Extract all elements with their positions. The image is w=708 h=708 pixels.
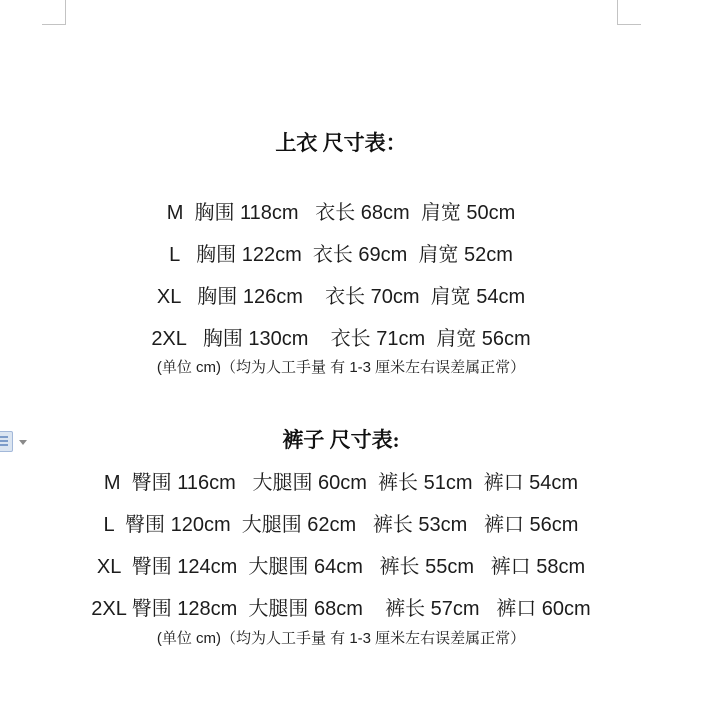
shirt-size-chart-title: 上衣 尺寸表： — [0, 131, 682, 155]
pants-size-row-l: L 臀围 120cm 大腿围 62cm 裤长 53cm 裤口 56cm — [0, 513, 682, 537]
pants-unit-note: (单位 cm)（均为人工手量 有 1-3 厘米左右误差属正常） — [0, 627, 682, 651]
pants-size-row-2xl: 2XL 臀围 128cm 大腿围 68cm 裤长 57cm 裤口 60cm — [0, 597, 682, 621]
shirt-unit-note: (单位 cm)（均为人工手量 有 1-3 厘米左右误差属正常） — [0, 356, 682, 380]
shirt-size-row-l: L 胸围 122cm 衣长 69cm 肩宽 52cm — [0, 243, 682, 267]
document-page: 上衣 尺寸表： M 胸围 118cm 衣长 68cm 肩宽 50cm L 胸围 … — [0, 0, 682, 708]
pants-size-row-xl: XL 臀围 124cm 大腿围 64cm 裤长 55cm 裤口 58cm — [0, 555, 682, 579]
shirt-size-row-m: M 胸围 118cm 衣长 68cm 肩宽 50cm — [0, 201, 682, 225]
shirt-size-row-2xl: 2XL 胸围 130cm 衣长 71cm 肩宽 56cm — [0, 327, 682, 351]
shirt-size-row-xl: XL 胸围 126cm 衣长 70cm 肩宽 54cm — [0, 285, 682, 309]
pants-size-row-m: M 臀围 116cm 大腿围 60cm 裤长 51cm 裤口 54cm — [0, 471, 682, 495]
pants-size-chart-title: 裤子 尺寸表: — [0, 428, 682, 452]
